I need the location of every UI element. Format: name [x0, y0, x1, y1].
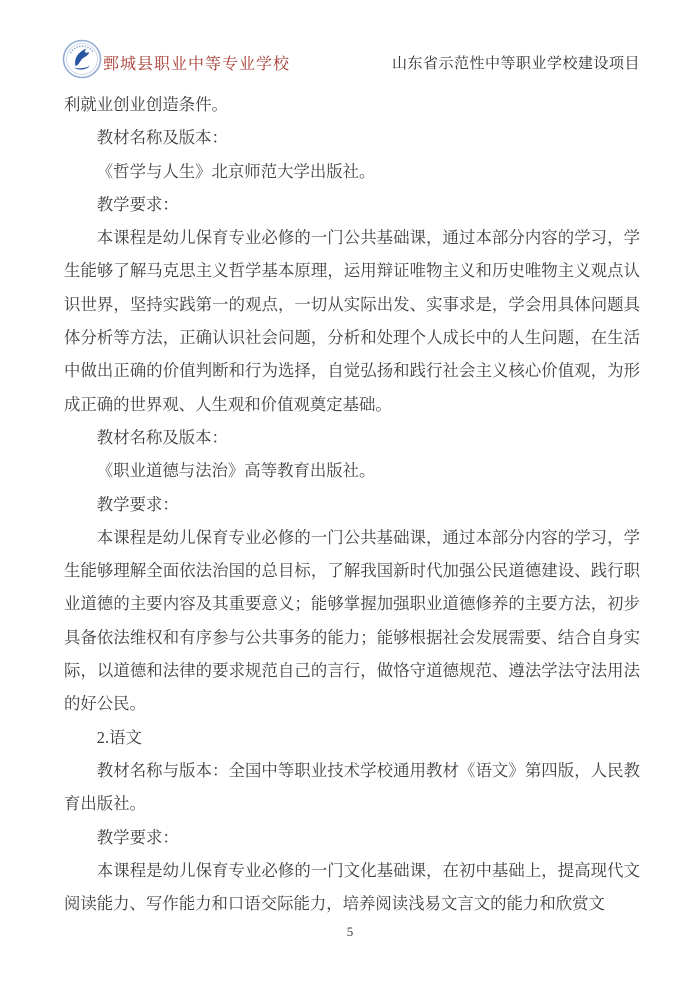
body-paragraph: 本课程是幼儿保育专业必修的一门公共基础课，通过本部分内容的学习，学生能够了解马克… — [64, 221, 640, 421]
page-header: 鄄城县职业中等专业学校 山东省示范性中等职业学校建设项目 — [62, 40, 640, 84]
document-body: 利就业创业创造条件。教材名称及版本：《哲学与人生》北京师范大学出版社。教学要求：… — [64, 88, 640, 920]
body-paragraph: 教学要求： — [64, 188, 640, 221]
body-paragraph: 利就业创业创造条件。 — [64, 88, 640, 121]
body-paragraph: 教学要求： — [64, 488, 640, 521]
body-paragraph: 教材名称及版本： — [64, 421, 640, 454]
header-left-group: 鄄城县职业中等专业学校 — [62, 45, 290, 79]
header-school-name: 鄄城县职业中等专业学校 — [103, 51, 290, 74]
body-paragraph: 本课程是幼儿保育专业必修的一门文化基础课，在初中基础上，提高现代文阅读能力、写作… — [64, 854, 640, 921]
body-paragraph: 教材名称及版本： — [64, 121, 640, 154]
body-paragraph: 2.语文 — [64, 721, 640, 754]
body-paragraph: 教材名称与版本：全国中等职业技术学校通用教材《语文》第四版，人民教育出版社。 — [64, 754, 640, 821]
page-number: 5 — [0, 924, 700, 940]
document-page: 鄄城县职业中等专业学校 山东省示范性中等职业学校建设项目 利就业创业创造条件。教… — [0, 0, 700, 990]
body-paragraph: 《哲学与人生》北京师范大学出版社。 — [64, 155, 640, 188]
body-paragraph: 《职业道德与法治》高等教育出版社。 — [64, 454, 640, 487]
body-paragraph: 本课程是幼儿保育专业必修的一门公共基础课，通过本部分内容的学习，学生能够理解全面… — [64, 521, 640, 721]
body-paragraph: 教学要求： — [64, 821, 640, 854]
school-emblem-swan-icon — [62, 39, 102, 79]
header-project-name: 山东省示范性中等职业学校建设项目 — [392, 52, 640, 73]
